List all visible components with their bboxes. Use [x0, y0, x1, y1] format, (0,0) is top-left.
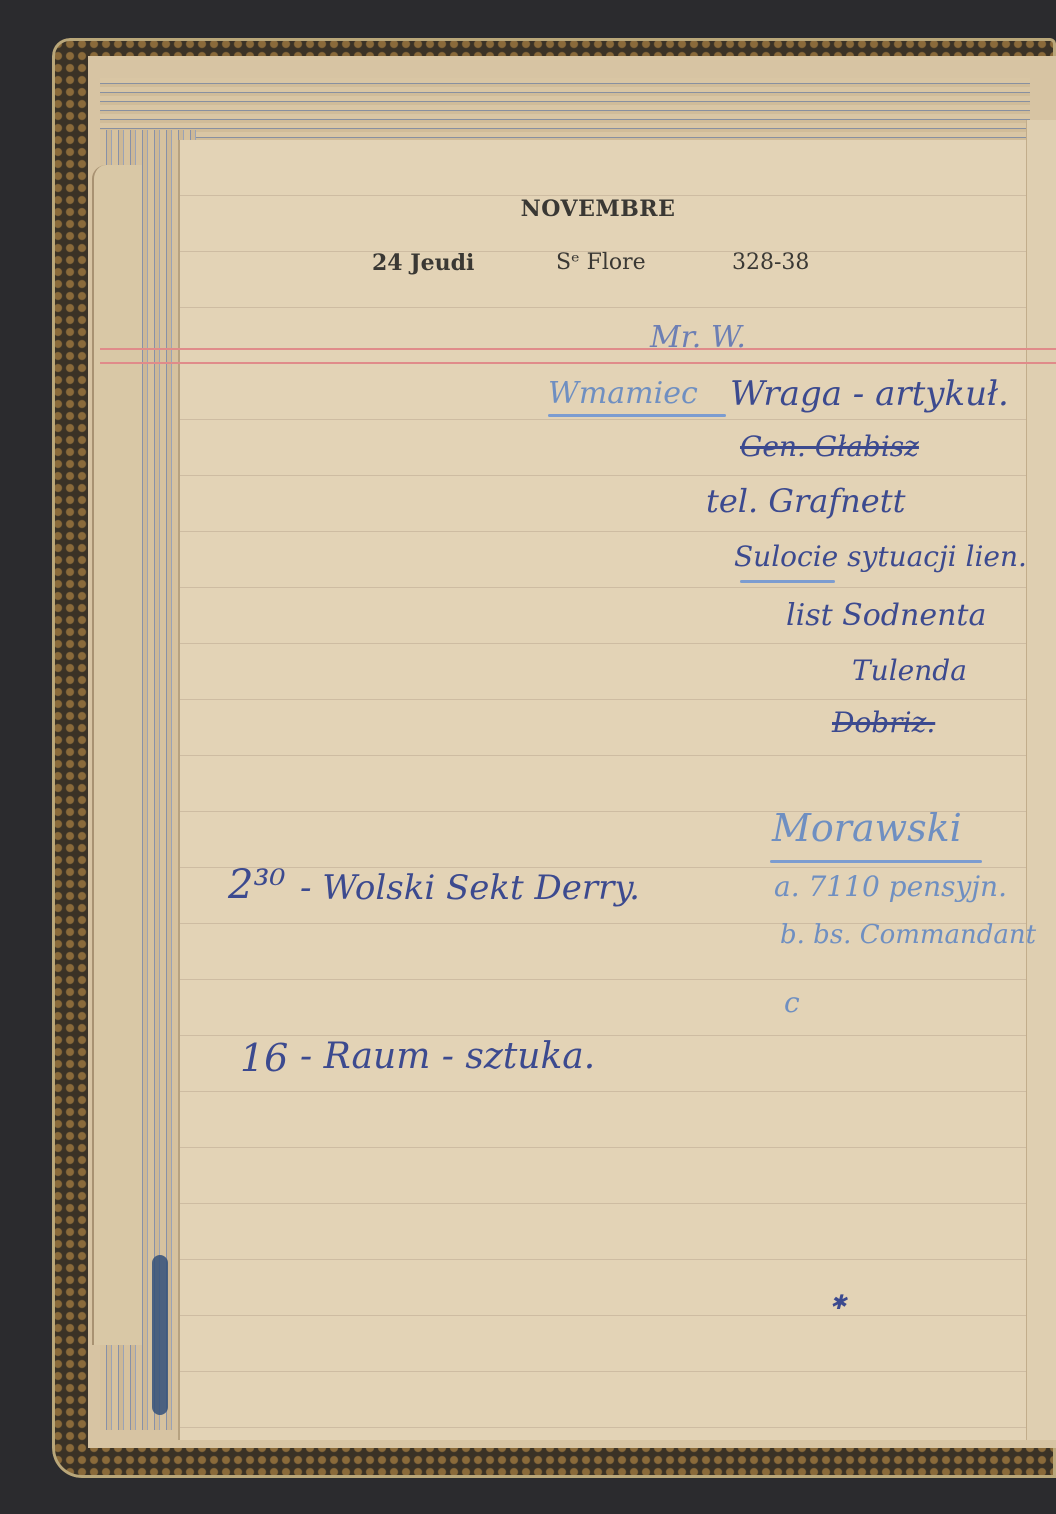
day-of-year: 328-38	[732, 250, 809, 275]
ink-stain	[152, 1255, 168, 1415]
saint-label: Sᵉ Flore	[556, 250, 646, 275]
month-heading: NOVEMBRE	[0, 196, 1056, 222]
note-raum: - Raum - sztuka.	[300, 1036, 595, 1077]
underline-pencil-title	[770, 860, 982, 863]
ink-blot: ✱	[830, 1290, 847, 1314]
note-list: list Sodnenta	[786, 598, 986, 633]
note-mr-w: Mr. W.	[650, 320, 746, 355]
margin-line-top	[100, 348, 1056, 350]
pencil-title: Morawski	[772, 806, 962, 850]
diary-page	[180, 140, 1026, 1440]
note-wolski: - Wolski Sekt Derry.	[300, 868, 640, 908]
day-label: 24 Jeudi	[372, 250, 474, 276]
time-16: 16	[240, 1036, 288, 1080]
margin-line-bottom	[100, 362, 1056, 364]
pencil-item-c: c	[784, 986, 800, 1019]
pencil-item-b: b. bs. Commandant	[780, 920, 1036, 950]
underline-sulocie	[740, 580, 835, 583]
note-wmamiec: Wmamiec	[548, 376, 698, 411]
folded-page-tab	[92, 165, 142, 1345]
underline-wmamiec	[548, 414, 726, 417]
note-wraga: Wraga - artykuł.	[730, 374, 1009, 414]
page-edges-top	[100, 78, 1030, 148]
note-gen-glabisz: Gen. Głabisz	[740, 430, 919, 463]
note-tel: tel. Grafnett	[706, 482, 905, 520]
facing-page-edge	[1026, 120, 1056, 1440]
pencil-item-a: a. 7110 pensyjn.	[774, 870, 1007, 903]
note-sulocie: Sulocie sytuacji lien.	[734, 540, 1027, 573]
note-dobriz: Dobriz.	[832, 706, 935, 739]
note-tulenda: Tulenda	[852, 654, 967, 687]
time-230: 2³⁰	[228, 862, 286, 908]
